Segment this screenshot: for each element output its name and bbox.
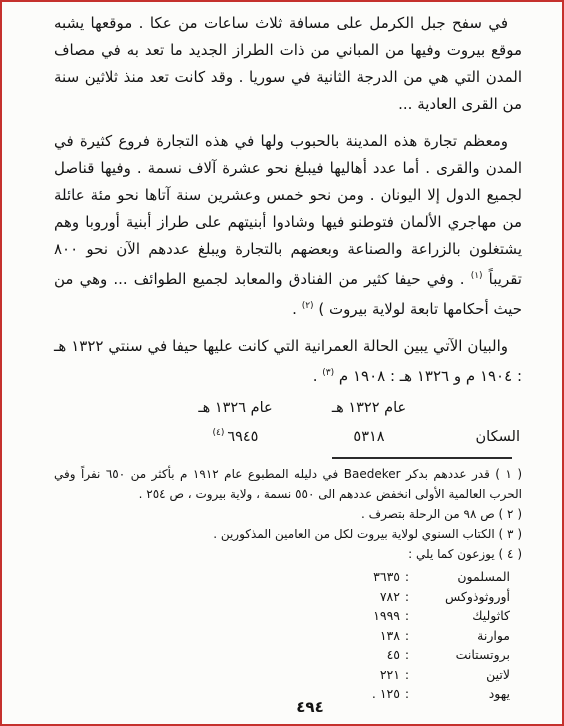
footnote-4: ( ٤ ) يوزعون كما يلي : — [54, 544, 522, 564]
table-value-1326: ٦٩٤٥ (٤) — [168, 421, 303, 450]
paragraph-3-text-b: . — [313, 367, 323, 385]
distribution-row-latins: لاتين : ٢٢١ — [320, 665, 510, 685]
population-table: عام ١٣٢٢ هـ عام ١٣٢٦ هـ السكان ٥٣١٨ ٦٩٤٥… — [168, 396, 520, 450]
distribution-colon: : — [400, 567, 414, 587]
distribution-row-maronites: موارنة : ١٣٨ — [320, 626, 510, 646]
distribution-row-orthodox: أوروثوذوكس : ٧٨٢ — [320, 587, 510, 607]
distribution-colon: : — [400, 587, 414, 607]
distribution-row-muslims: المسلمون : ٣٦٣٥ — [320, 567, 510, 587]
distribution-value: ١٩٩٩ — [328, 606, 400, 626]
table-header-year-1322: عام ١٣٢٢ هـ — [303, 396, 435, 421]
table-header-year-1326: عام ١٣٢٦ هـ — [168, 396, 303, 421]
distribution-colon: : — [400, 606, 414, 626]
distribution-name: كاثوليك — [414, 606, 510, 626]
footnote-ref-1: (١) — [471, 271, 483, 281]
distribution-value: ٣٦٣٥ — [328, 567, 400, 587]
paragraph-1: في سفح جبل الكرمل على مسافة ثلاث ساعات م… — [54, 10, 522, 118]
population-table-header-row: عام ١٣٢٢ هـ عام ١٣٢٦ هـ — [168, 396, 520, 421]
distribution-name: موارنة — [414, 626, 510, 646]
paragraph-3: والبيان الآتي يبين الحالة العمرانية التي… — [54, 333, 522, 390]
distribution-list: المسلمون : ٣٦٣٥ أوروثوذوكس : ٧٨٢ كاثوليك… — [320, 567, 510, 704]
distribution-name: لاتين — [414, 665, 510, 685]
distribution-value: ١٣٨ — [328, 626, 400, 646]
distribution-row-protestants: بروتستانت : ٤٥ — [320, 645, 510, 665]
paragraph-2-text-b: . وفي حيفا كثير من الفنادق والمعابد لجمي… — [54, 270, 522, 318]
distribution-value: ٧٨٢ — [328, 587, 400, 607]
distribution-colon: : — [400, 645, 414, 665]
paragraph-3-text-a: والبيان الآتي يبين الحالة العمرانية التي… — [54, 337, 522, 385]
distribution-name: بروتستانت — [414, 645, 510, 665]
footnote-2: ( ٢ ) ص ٩٨ من الرحلة بتصرف . — [54, 504, 522, 524]
distribution-colon: : — [400, 665, 414, 685]
distribution-value: ٤٥ — [328, 645, 400, 665]
paragraph-2-text-c: . — [292, 300, 302, 318]
footnote-3: ( ٣ ) الكتاب السنوي لولاية بيروت لكل من … — [54, 524, 522, 544]
page-number: ٤٩٤ — [58, 698, 562, 716]
population-table-data-row: السكان ٥٣١٨ ٦٩٤٥ (٤) — [168, 421, 520, 450]
footnote-ref-3: (٣) — [322, 368, 334, 378]
paragraph-2: ومعظم تجارة هذه المدينة بالحبوب ولها في … — [54, 128, 522, 323]
footnote-divider — [332, 457, 512, 459]
distribution-row-catholics: كاثوليك : ١٩٩٩ — [320, 606, 510, 626]
distribution-name: أوروثوذوكس — [414, 587, 510, 607]
distribution-name: المسلمون — [414, 567, 510, 587]
footnote-ref-2: (٢) — [302, 301, 314, 311]
footnote-1: ( ١ ) قدر عددهم بدكر Baedeker في دليله ا… — [54, 464, 522, 504]
table-row-label-population: السكان — [435, 425, 520, 450]
book-page: في سفح جبل الكرمل على مسافة ثلاث ساعات م… — [0, 0, 564, 726]
distribution-colon: : — [400, 626, 414, 646]
distribution-value: ٢٢١ — [328, 665, 400, 685]
table-value-1322: ٥٣١٨ — [303, 425, 435, 450]
footnote-ref-4: (٤) — [213, 428, 225, 438]
table-value-1326-number: ٦٩٤٥ — [227, 429, 258, 445]
paragraph-2-text-a: ومعظم تجارة هذه المدينة بالحبوب ولها في … — [54, 132, 522, 288]
